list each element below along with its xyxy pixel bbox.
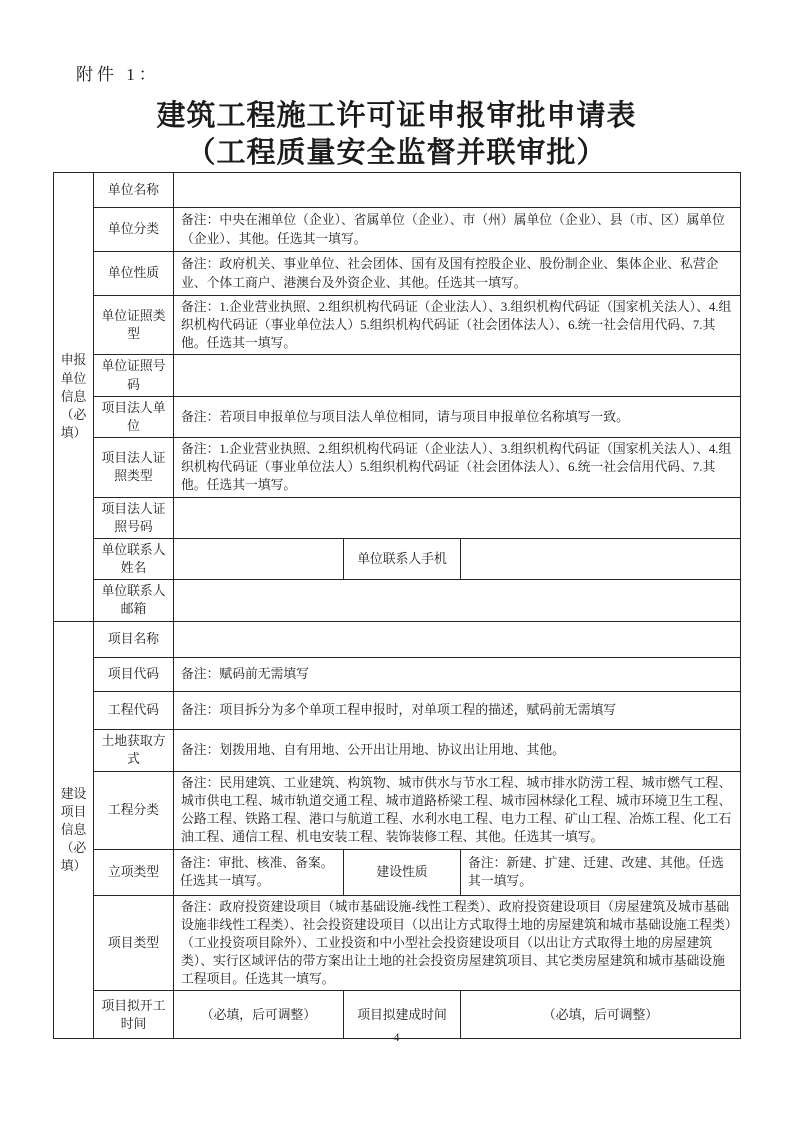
field-label-construction-nature: 建设性质 <box>344 849 461 895</box>
field-label-contact-email: 单位联系人邮箱 <box>94 580 174 621</box>
field-note-unit-category: 备注：中央在湘单位（企业）、省属单位（企业）、市（州）属单位（企业）、县（市、区… <box>174 208 741 252</box>
table-row: 立项类型 备注：审批、核准、备案。任选其一填写。 建设性质 备注：新建、扩建、迁… <box>54 849 741 895</box>
field-note-legal-person-license-type: 备注：1.企业营业执照、2.组织机构代码证（企业法人）、3.组织机构代码证（国家… <box>174 438 741 497</box>
field-note-engineering-classification: 备注：民用建筑、工业建筑、构筑物、城市供水与节水工程、城市排水防涝工程、城市燃气… <box>174 771 741 849</box>
field-label-legal-person-license-type: 项目法人证照类型 <box>94 438 174 497</box>
field-note-unit-license-type: 备注：1.企业营业执照、2.组织机构代码证（企业法人）、3.组织机构代码证（国家… <box>174 296 741 355</box>
field-label-approval-type: 立项类型 <box>94 849 174 895</box>
field-label-contact-phone: 单位联系人手机 <box>344 538 461 579</box>
field-note-project-code: 备注：赋码前无需填写 <box>174 657 741 691</box>
field-note-project-type: 备注：政府投资建设项目（城市基础设施-线性工程类）、政府投资建设项目（房屋建筑及… <box>174 895 741 991</box>
attachment-label: 附件 1： <box>76 60 160 85</box>
table-row: 申报单位信息（必填） 单位名称 <box>54 173 741 208</box>
field-label-engineering-classification: 工程分类 <box>94 771 174 849</box>
field-label-unit-license-type: 单位证照类型 <box>94 296 174 355</box>
field-note-construction-nature: 备注：新建、扩建、迁建、改建、其他。任选其一填写。 <box>461 849 741 895</box>
table-row: 项目类型 备注：政府投资建设项目（城市基础设施-线性工程类）、政府投资建设项目（… <box>54 895 741 991</box>
field-value-contact-email <box>174 580 741 621</box>
document-title: 建筑工程施工许可证申报审批申请表 <box>0 98 793 135</box>
table-row: 项目代码 备注：赋码前无需填写 <box>54 657 741 691</box>
table-row: 单位证照号码 <box>54 355 741 396</box>
table-row: 项目法人单位 备注：若项目申报单位与项目法人单位相同，请与项目申报单位名称填写一… <box>54 396 741 437</box>
application-form-table: 申报单位信息（必填） 单位名称 单位分类 备注：中央在湘单位（企业）、省属单位（… <box>53 172 741 1039</box>
table-row: 单位联系人姓名 单位联系人手机 <box>54 538 741 579</box>
document-title-block: 建筑工程施工许可证申报审批申请表 （工程质量安全监督并联审批） <box>0 98 793 172</box>
page-number: 4 <box>0 1030 793 1045</box>
table-row: 项目法人证照号码 <box>54 497 741 538</box>
field-note-engineering-code: 备注：项目拆分为多个单项工程申报时，对单项工程的描述，赋码前无需填写 <box>174 691 741 729</box>
field-label-legal-person-unit: 项目法人单位 <box>94 396 174 437</box>
field-value-unit-name <box>174 173 741 208</box>
table-row: 建设项目信息（必填） 项目名称 <box>54 621 741 657</box>
field-label-land-acquisition: 土地获取方式 <box>94 729 174 771</box>
field-label-unit-nature: 单位性质 <box>94 252 174 296</box>
field-note-land-acquisition: 备注：划拨用地、自有用地、公开出让用地、协议出让用地、其他。 <box>174 729 741 771</box>
section-label-project-info: 建设项目信息（必填） <box>54 621 94 1039</box>
field-value-unit-license-number <box>174 355 741 396</box>
table-row: 单位分类 备注：中央在湘单位（企业）、省属单位（企业）、市（州）属单位（企业）、… <box>54 208 741 252</box>
field-label-unit-license-number: 单位证照号码 <box>94 355 174 396</box>
field-label-unit-category: 单位分类 <box>94 208 174 252</box>
table-row: 土地获取方式 备注：划拨用地、自有用地、公开出让用地、协议出让用地、其他。 <box>54 729 741 771</box>
table-row: 项目法人证照类型 备注：1.企业营业执照、2.组织机构代码证（企业法人）、3.组… <box>54 438 741 497</box>
field-note-unit-nature: 备注：政府机关、事业单位、社会团体、国有及国有控股企业、股份制企业、集体企业、私… <box>174 252 741 296</box>
field-label-legal-person-license-number: 项目法人证照号码 <box>94 497 174 538</box>
document-subtitle: （工程质量安全监督并联审批） <box>0 135 793 172</box>
field-label-project-type: 项目类型 <box>94 895 174 991</box>
field-value-contact-phone <box>461 538 741 579</box>
field-value-legal-person-license-number <box>174 497 741 538</box>
field-label-project-name: 项目名称 <box>94 621 174 657</box>
table-row: 单位证照类型 备注：1.企业营业执照、2.组织机构代码证（企业法人）、3.组织机… <box>54 296 741 355</box>
field-note-legal-person-unit: 备注：若项目申报单位与项目法人单位相同，请与项目申报单位名称填写一致。 <box>174 396 741 437</box>
table-row: 工程代码 备注：项目拆分为多个单项工程申报时，对单项工程的描述，赋码前无需填写 <box>54 691 741 729</box>
table-row: 工程分类 备注：民用建筑、工业建筑、构筑物、城市供水与节水工程、城市排水防涝工程… <box>54 771 741 849</box>
field-label-unit-name: 单位名称 <box>94 173 174 208</box>
field-label-engineering-code: 工程代码 <box>94 691 174 729</box>
field-value-contact-name <box>174 538 344 579</box>
field-value-project-name <box>174 621 741 657</box>
table-row: 单位联系人邮箱 <box>54 580 741 621</box>
section-label-declaring-unit: 申报单位信息（必填） <box>54 173 94 622</box>
field-label-contact-name: 单位联系人姓名 <box>94 538 174 579</box>
document-page: 附件 1： 建筑工程施工许可证申报审批申请表 （工程质量安全监督并联审批） 申报… <box>0 0 793 1122</box>
table-row: 单位性质 备注：政府机关、事业单位、社会团体、国有及国有控股企业、股份制企业、集… <box>54 252 741 296</box>
field-note-approval-type: 备注：审批、核准、备案。任选其一填写。 <box>174 849 344 895</box>
field-label-project-code: 项目代码 <box>94 657 174 691</box>
